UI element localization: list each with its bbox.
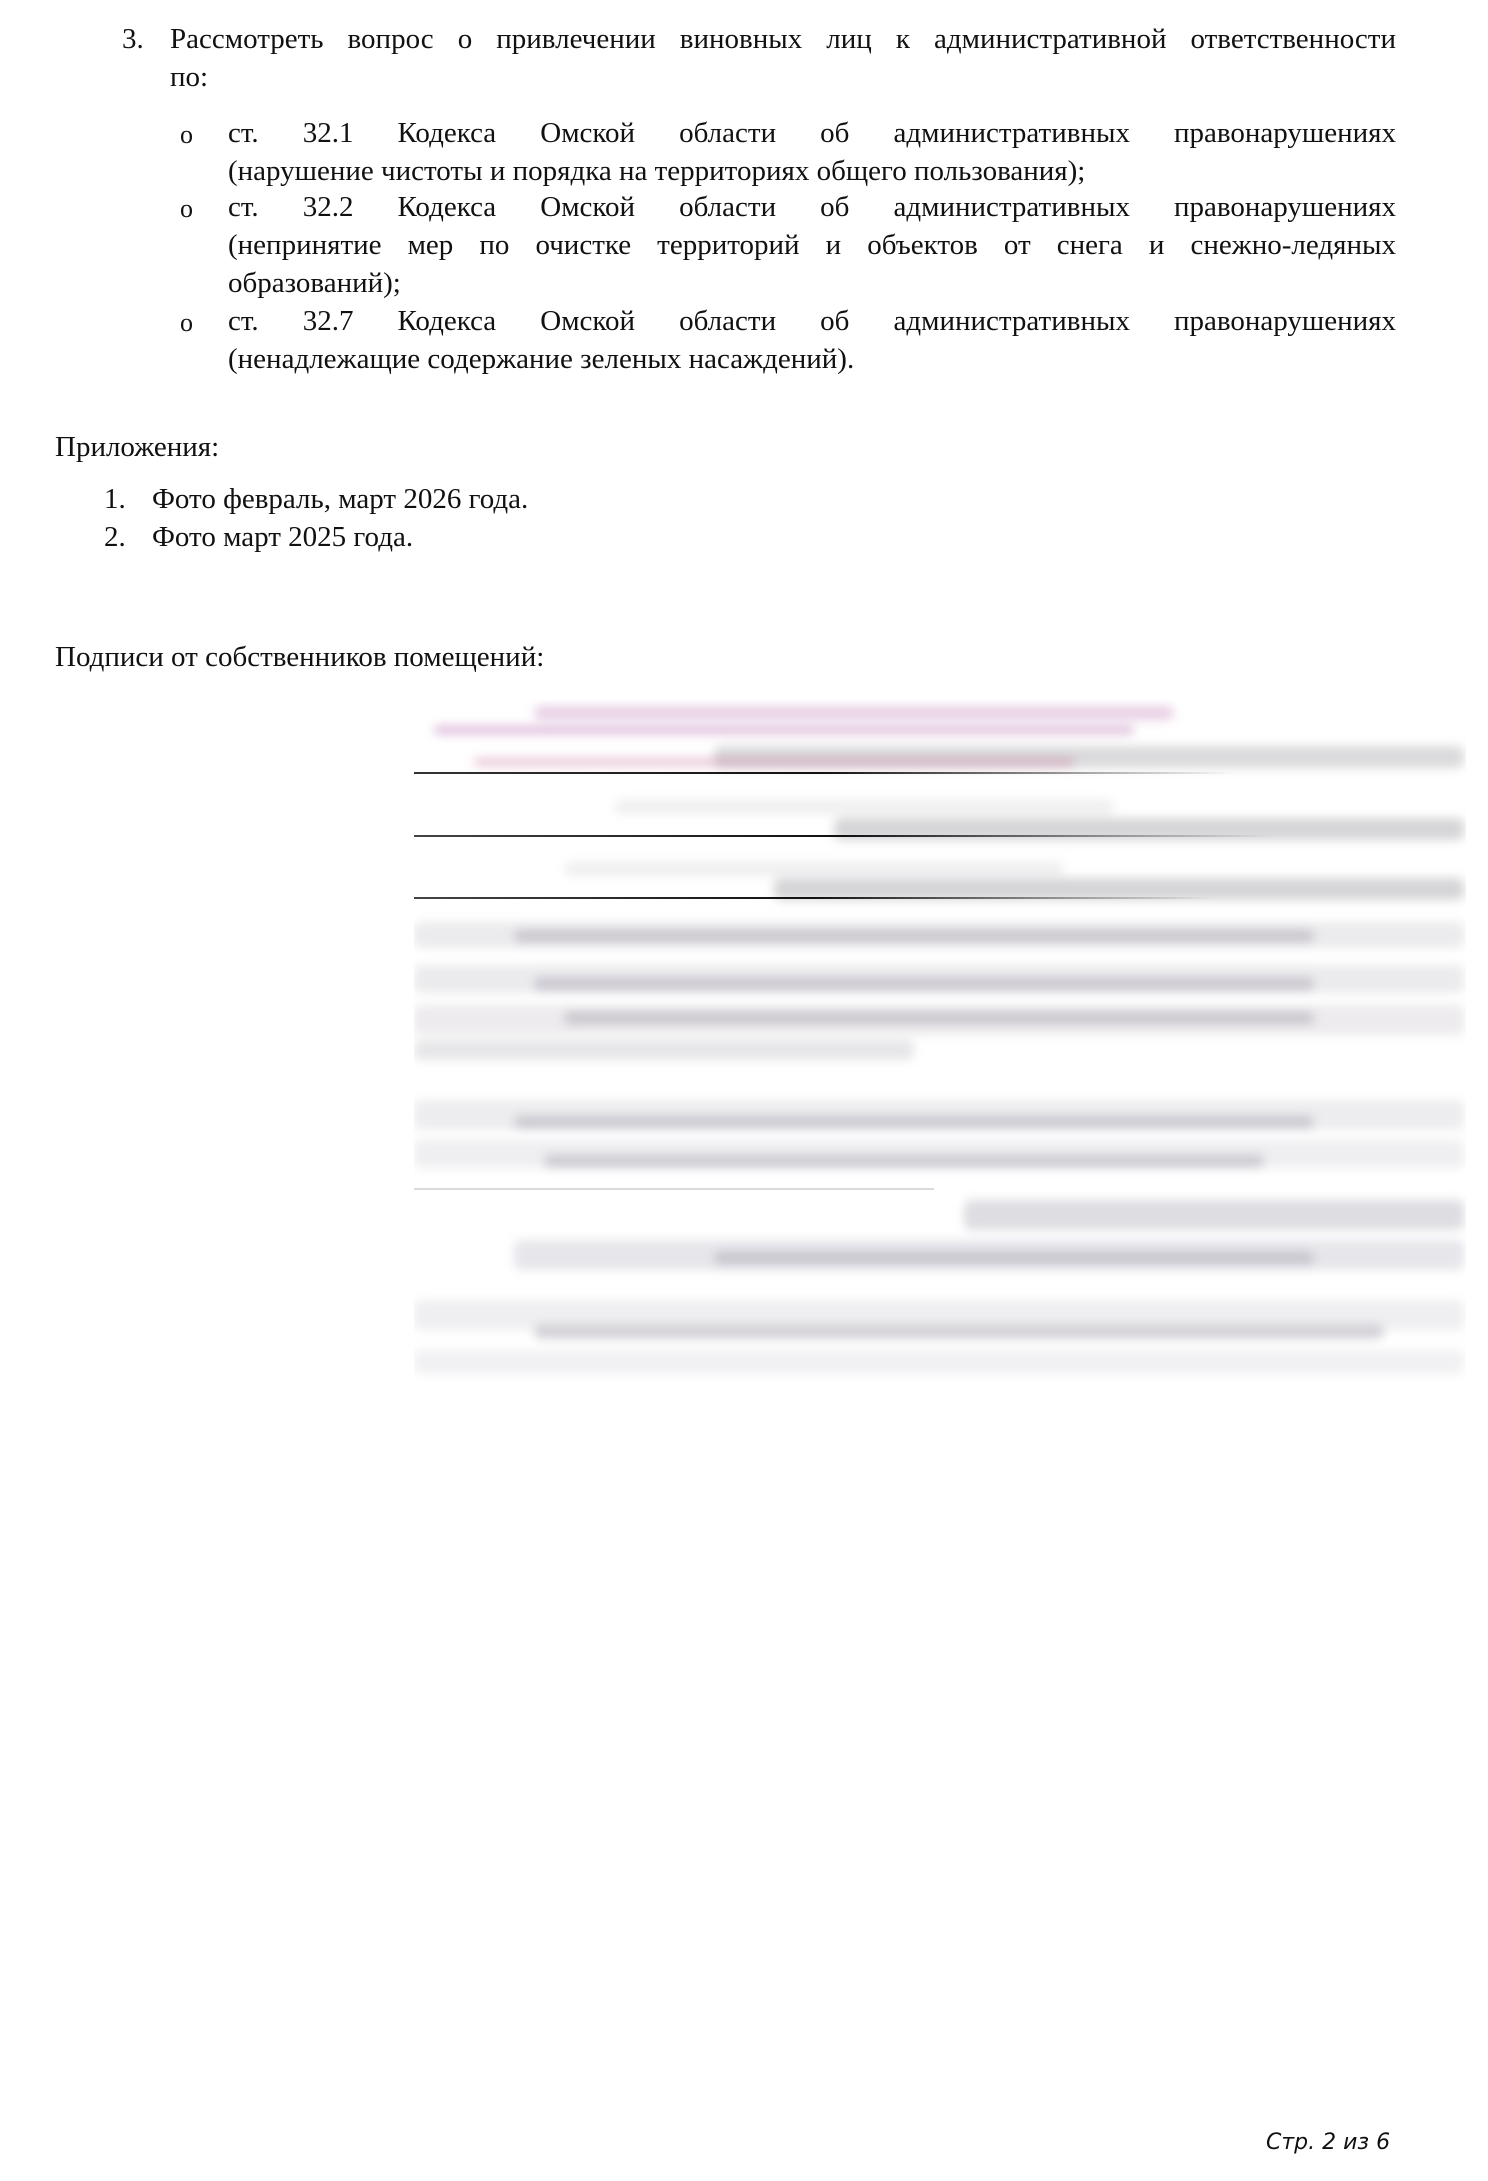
sub-item-2-line1: ст. 32.2 Кодекса Омской области об админ… <box>228 188 1396 226</box>
sub-item-3-line1: ст. 32.7 Кодекса Омской области об админ… <box>228 302 1396 340</box>
sub-item-2-line2: (непринятие мер по очистке территорий и … <box>228 226 1396 264</box>
sub-item-2-line3: образований); <box>228 264 401 302</box>
item3-text-line2: по: <box>170 58 208 96</box>
bullet-icon: o <box>180 116 193 154</box>
list-number: 3. <box>122 20 144 58</box>
attachment-item: Фото февраль, март 2026 года. <box>152 480 528 518</box>
bullet-icon: o <box>180 190 193 228</box>
attachment-number: 2. <box>104 518 126 556</box>
bullet-icon: o <box>180 304 193 342</box>
page-number: Стр. 2 из 6 <box>1266 2130 1390 2155</box>
document-page: 3. Рассмотреть вопрос о привлечении вино… <box>0 0 1488 2181</box>
sub-item-3-line2: (ненадлежащие содержание зеленых насажде… <box>228 340 854 378</box>
attachment-item: Фото март 2025 года. <box>152 518 413 556</box>
signatures-blurred-image <box>414 700 1466 1390</box>
attachments-heading: Приложения: <box>55 428 219 466</box>
attachment-number: 1. <box>104 480 126 518</box>
signatures-heading: Подписи от собственников помещений: <box>55 638 544 676</box>
item3-text-line1: Рассмотреть вопрос о привлечении виновны… <box>170 20 1396 58</box>
sub-item-1-line2: (нарушение чистоты и порядка на территор… <box>228 152 1085 190</box>
sub-item-1-line1: ст. 32.1 Кодекса Омской области об админ… <box>228 114 1396 152</box>
